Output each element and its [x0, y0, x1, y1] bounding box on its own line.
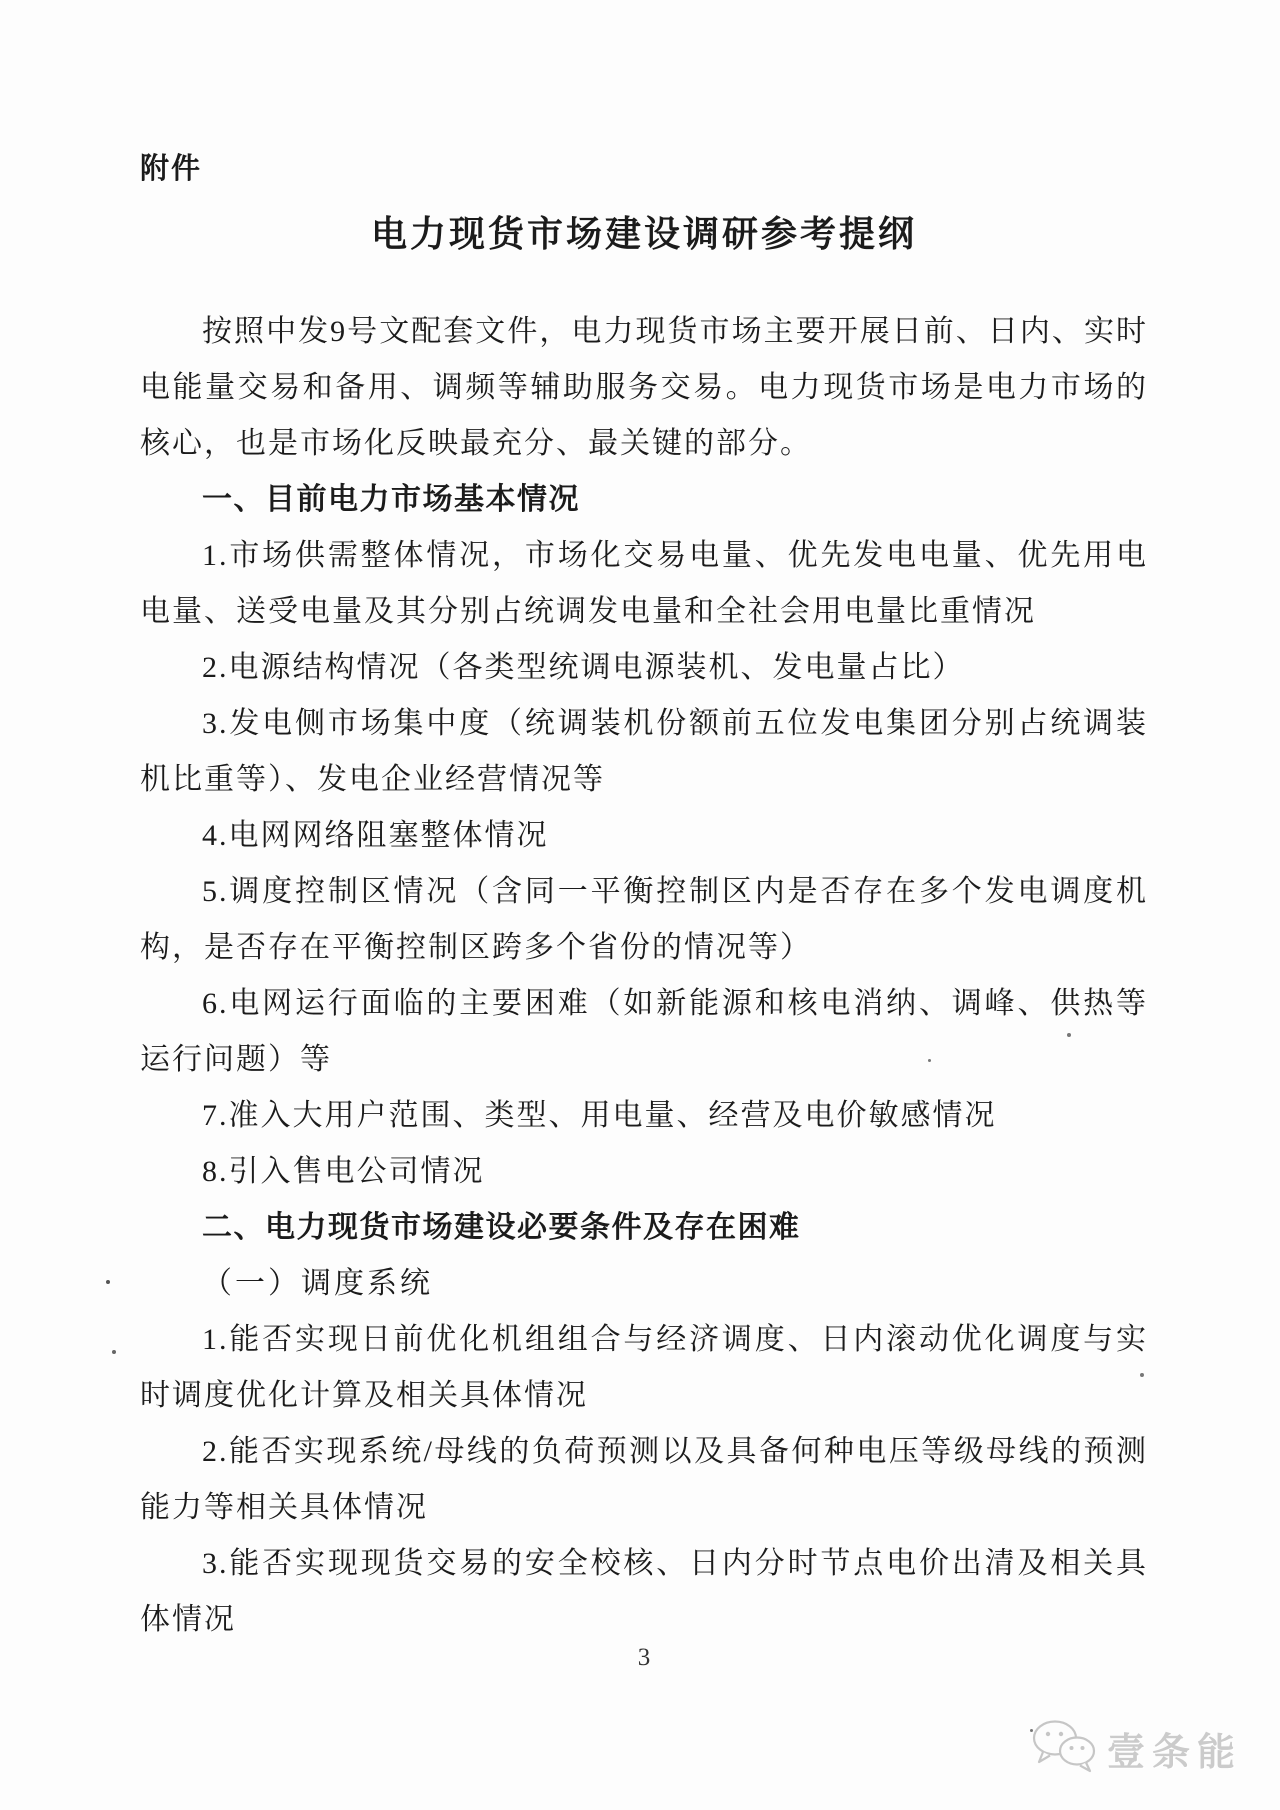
section-2-item-2: 2.能否实现系统/母线的负荷预测以及具备何种电压等级母线的预测能力等相关具体情况: [140, 1424, 1148, 1536]
attachment-label: 附件: [140, 152, 1148, 186]
scan-speck: [928, 1059, 931, 1062]
section-2-item-1: 1.能否实现日前优化机组组合与经济调度、日内滚动优化调度与实时调度优化计算及相关…: [140, 1312, 1148, 1424]
section-1-heading: 一、目前电力市场基本情况: [140, 472, 1148, 528]
section-2-subheading: （一）调度系统: [140, 1256, 1148, 1312]
scan-speck: [1140, 1373, 1144, 1377]
page-number: 3: [140, 1644, 1148, 1672]
page-title: 电力现货市场建设调研参考提纲: [140, 210, 1148, 258]
section-1-item-4: 4.电网网络阻塞整体情况: [140, 808, 1148, 864]
section-1-item-6: 6.电网运行面临的主要困难（如新能源和核电消纳、调峰、供热等运行问题）等: [140, 976, 1148, 1088]
intro-paragraph: 按照中发9号文配套文件，电力现货市场主要开展日前、日内、实时电能量交易和备用、调…: [140, 304, 1148, 472]
section-1-item-5: 5.调度控制区情况（含同一平衡控制区内是否存在多个发电调度机构，是否存在平衡控制…: [140, 864, 1148, 976]
section-1-item-7: 7.准入大用户范围、类型、用电量、经营及电价敏感情况: [140, 1088, 1148, 1144]
scan-speck: [1030, 1729, 1033, 1732]
section-1-item-2: 2.电源结构情况（各类型统调电源装机、发电量占比）: [140, 640, 1148, 696]
watermark-label: 壹条能: [1107, 1721, 1242, 1776]
document-body: 按照中发9号文配套文件，电力现货市场主要开展日前、日内、实时电能量交易和备用、调…: [140, 304, 1148, 1648]
scan-speck: [112, 1350, 116, 1354]
section-1-item-1: 1.市场供需整体情况，市场化交易电量、优先发电电量、优先用电电量、送受电量及其分…: [140, 528, 1148, 640]
scan-speck: [1067, 1033, 1071, 1037]
wechat-icon: [1031, 1719, 1097, 1778]
document-content: 附件 电力现货市场建设调研参考提纲 按照中发9号文配套文件，电力现货市场主要开展…: [140, 152, 1148, 1648]
scan-speck: [106, 1280, 110, 1284]
document-page: 附件 电力现货市场建设调研参考提纲 按照中发9号文配套文件，电力现货市场主要开展…: [0, 0, 1280, 1810]
section-2-heading: 二、电力现货市场建设必要条件及存在困难: [140, 1200, 1148, 1256]
section-1-item-3: 3.发电侧市场集中度（统调装机份额前五位发电集团分别占统调装机比重等）、发电企业…: [140, 696, 1148, 808]
section-2-item-3: 3.能否实现现货交易的安全校核、日内分时节点电价出清及相关具体情况: [140, 1536, 1148, 1648]
watermark: 壹条能: [1031, 1719, 1242, 1778]
section-1-item-8: 8.引入售电公司情况: [140, 1144, 1148, 1200]
